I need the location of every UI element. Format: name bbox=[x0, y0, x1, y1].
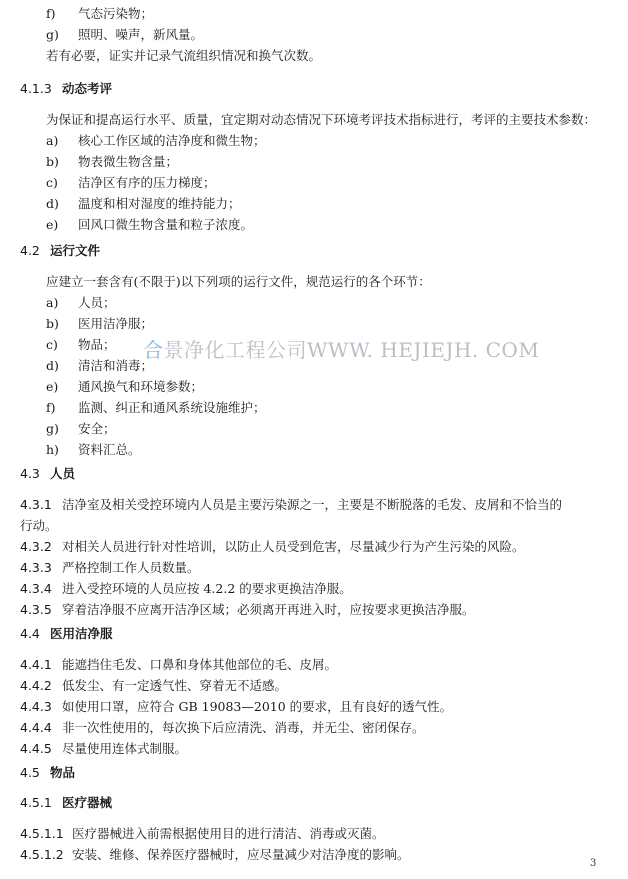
item-text: 物表微生物含量； bbox=[78, 154, 178, 169]
paragraph: 为保证和提高运行水平、质量，宜定期对动态情况下环境考评技术指标进行，考评的主要技… bbox=[46, 112, 596, 128]
clause: 4.4.5尽量使用连体式制服。 bbox=[20, 741, 187, 757]
clause-number: 4.4.4 bbox=[20, 720, 62, 736]
page-number: 3 bbox=[590, 858, 596, 869]
list-item: b)物表微生物含量； bbox=[46, 154, 178, 170]
item-label: d) bbox=[46, 196, 78, 212]
item-label: a) bbox=[46, 295, 78, 311]
clause-text: 能遮挡住毛发、口鼻和身体其他部位的毛、皮屑。 bbox=[62, 657, 337, 672]
clause-number: 4.5.1.2 bbox=[20, 847, 72, 863]
clause: 4.4.3如使用口罩，应符合 GB 19083—2010 的要求，且有良好的透气… bbox=[20, 699, 452, 715]
clause-text: 对相关人员进行针对性培训，以防止人员受到危害，尽量减少行为产生污染的风险。 bbox=[62, 539, 525, 554]
list-item: e)通风换气和环境参数； bbox=[46, 379, 203, 395]
clause-text: 穿着洁净服不应离开洁净区域；必须离开再进入时，应按要求更换洁净服。 bbox=[62, 602, 475, 617]
clause: 4.3.2对相关人员进行针对性培训，以防止人员受到危害，尽量减少行为产生污染的风… bbox=[20, 539, 525, 555]
clause-text: 医疗器械进入前需根据使用目的进行清洁、消毒或灭菌。 bbox=[72, 826, 385, 841]
list-item: b)医用洁净服； bbox=[46, 316, 153, 332]
section-heading-4-5: 4.5物品 bbox=[20, 765, 75, 781]
section-number: 4.2 bbox=[20, 243, 50, 259]
item-label: d) bbox=[46, 358, 78, 374]
clause-number: 4.4.3 bbox=[20, 699, 62, 715]
section-heading-4-4: 4.4医用洁净服 bbox=[20, 626, 113, 642]
item-label: c) bbox=[46, 337, 78, 353]
clause-number: 4.3.3 bbox=[20, 560, 62, 576]
section-number: 4.3 bbox=[20, 466, 50, 482]
item-text: 温度和相对湿度的维持能力； bbox=[78, 196, 241, 211]
item-text: 气态污染物； bbox=[78, 6, 153, 21]
item-text: 人员； bbox=[78, 295, 116, 310]
section-number: 4.1.3 bbox=[20, 81, 62, 97]
section-title: 物品 bbox=[50, 765, 75, 780]
section-title: 运行文件 bbox=[50, 243, 100, 258]
clause: 4.3.5穿着洁净服不应离开洁净区域；必须离开再进入时，应按要求更换洁净服。 bbox=[20, 602, 475, 618]
clause: 4.3.4进入受控环境的人员应按 4.2.2 的要求更换洁净服。 bbox=[20, 581, 352, 597]
list-item: f)监测、纠正和通风系统设施维护； bbox=[46, 400, 266, 416]
list-item: f)气态污染物； bbox=[46, 6, 153, 22]
clause-number: 4.3.2 bbox=[20, 539, 62, 555]
clause: 4.5.1.2安装、维修、保养医疗器械时，应尽量减少对洁净度的影响。 bbox=[20, 847, 410, 863]
item-label: c) bbox=[46, 175, 78, 191]
clause-number: 4.4.2 bbox=[20, 678, 62, 694]
clause-text: 非一次性使用的，每次换下后应清洗、消毒，并无尘、密闭保存。 bbox=[62, 720, 425, 735]
list-item: d)清洁和消毒； bbox=[46, 358, 153, 374]
section-heading-4-3: 4.3人员 bbox=[20, 466, 75, 482]
item-text: 安全； bbox=[78, 421, 116, 436]
list-item: a)核心工作区域的洁净度和微生物； bbox=[46, 133, 266, 149]
item-text: 资料汇总。 bbox=[78, 442, 141, 457]
item-text: 清洁和消毒； bbox=[78, 358, 153, 373]
watermark-logo-icon: 合 bbox=[143, 338, 164, 362]
list-item: d)温度和相对湿度的维持能力； bbox=[46, 196, 241, 212]
list-item: g)安全； bbox=[46, 421, 116, 437]
clause-continuation: 行动。 bbox=[20, 518, 58, 534]
section-heading-4-5-1: 4.5.1医疗器械 bbox=[20, 795, 112, 811]
clause-number: 4.4.5 bbox=[20, 741, 62, 757]
paragraph: 应建立一套含有(不限于)以下列项的运行文件，规范运行的各个环节： bbox=[46, 274, 431, 290]
clause: 4.3.3严格控制工作人员数量。 bbox=[20, 560, 200, 576]
item-text: 洁净区有序的压力梯度； bbox=[78, 175, 216, 190]
clause-number: 4.3.5 bbox=[20, 602, 62, 618]
clause-number: 4.4.1 bbox=[20, 657, 62, 673]
list-item: c)物品； bbox=[46, 337, 116, 353]
clause-number: 4.5.1.1 bbox=[20, 826, 72, 842]
watermark: 合景净化工程公司WWW. HEJIEJH. COM bbox=[143, 334, 539, 363]
item-text: 监测、纠正和通风系统设施维护； bbox=[78, 400, 266, 415]
clause-text: 如使用口罩，应符合 GB 19083—2010 的要求，且有良好的透气性。 bbox=[62, 699, 452, 714]
section-title: 医疗器械 bbox=[62, 795, 112, 810]
item-text: 医用洁净服； bbox=[78, 316, 153, 331]
item-text: 物品； bbox=[78, 337, 116, 352]
section-title: 人员 bbox=[50, 466, 75, 481]
clause-text: 进入受控环境的人员应按 4.2.2 的要求更换洁净服。 bbox=[62, 581, 352, 596]
section-title: 医用洁净服 bbox=[50, 626, 113, 641]
item-label: f) bbox=[46, 6, 78, 22]
item-label: b) bbox=[46, 154, 78, 170]
item-label: b) bbox=[46, 316, 78, 332]
item-label: g) bbox=[46, 421, 78, 437]
clause: 4.4.2低发尘、有一定透气性、穿着无不适感。 bbox=[20, 678, 287, 694]
section-heading-4-2: 4.2运行文件 bbox=[20, 243, 100, 259]
section-title: 动态考评 bbox=[62, 81, 112, 96]
clause-text: 严格控制工作人员数量。 bbox=[62, 560, 200, 575]
item-text: 照明、噪声，新风量。 bbox=[78, 27, 203, 42]
clause-number: 4.3.1 bbox=[20, 497, 62, 513]
item-label: a) bbox=[46, 133, 78, 149]
item-label: f) bbox=[46, 400, 78, 416]
list-item: e)回风口微生物含量和粒子浓度。 bbox=[46, 217, 253, 233]
clause: 4.3.1洁净室及相关受控环境内人员是主要污染源之一，主要是不断脱落的毛发、皮屑… bbox=[20, 497, 562, 513]
list-item: h)资料汇总。 bbox=[46, 442, 141, 458]
watermark-text: 景净化工程公司WWW. HEJIEJH. COM bbox=[164, 338, 540, 362]
item-label: e) bbox=[46, 379, 78, 395]
clause-text: 安装、维修、保养医疗器械时，应尽量减少对洁净度的影响。 bbox=[72, 847, 410, 862]
item-text: 通风换气和环境参数； bbox=[78, 379, 203, 394]
list-item: a)人员； bbox=[46, 295, 116, 311]
section-number: 4.5 bbox=[20, 765, 50, 781]
clause-text: 低发尘、有一定透气性、穿着无不适感。 bbox=[62, 678, 287, 693]
item-text: 核心工作区域的洁净度和微生物； bbox=[78, 133, 266, 148]
section-heading-4-1-3: 4.1.3动态考评 bbox=[20, 81, 112, 97]
list-item: g)照明、噪声，新风量。 bbox=[46, 27, 203, 43]
clause: 4.4.4非一次性使用的，每次换下后应清洗、消毒，并无尘、密闭保存。 bbox=[20, 720, 425, 736]
item-label: e) bbox=[46, 217, 78, 233]
item-label: h) bbox=[46, 442, 78, 458]
section-number: 4.4 bbox=[20, 626, 50, 642]
list-item: c)洁净区有序的压力梯度； bbox=[46, 175, 216, 191]
clause: 4.4.1能遮挡住毛发、口鼻和身体其他部位的毛、皮屑。 bbox=[20, 657, 337, 673]
paragraph: 若有必要，证实并记录气流组织情况和换气次数。 bbox=[46, 48, 321, 64]
item-label: g) bbox=[46, 27, 78, 43]
clause-text: 洁净室及相关受控环境内人员是主要污染源之一，主要是不断脱落的毛发、皮屑和不恰当的 bbox=[62, 497, 562, 512]
clause-text: 尽量使用连体式制服。 bbox=[62, 741, 187, 756]
clause: 4.5.1.1医疗器械进入前需根据使用目的进行清洁、消毒或灭菌。 bbox=[20, 826, 385, 842]
clause-number: 4.3.4 bbox=[20, 581, 62, 597]
item-text: 回风口微生物含量和粒子浓度。 bbox=[78, 217, 253, 232]
section-number: 4.5.1 bbox=[20, 795, 62, 811]
